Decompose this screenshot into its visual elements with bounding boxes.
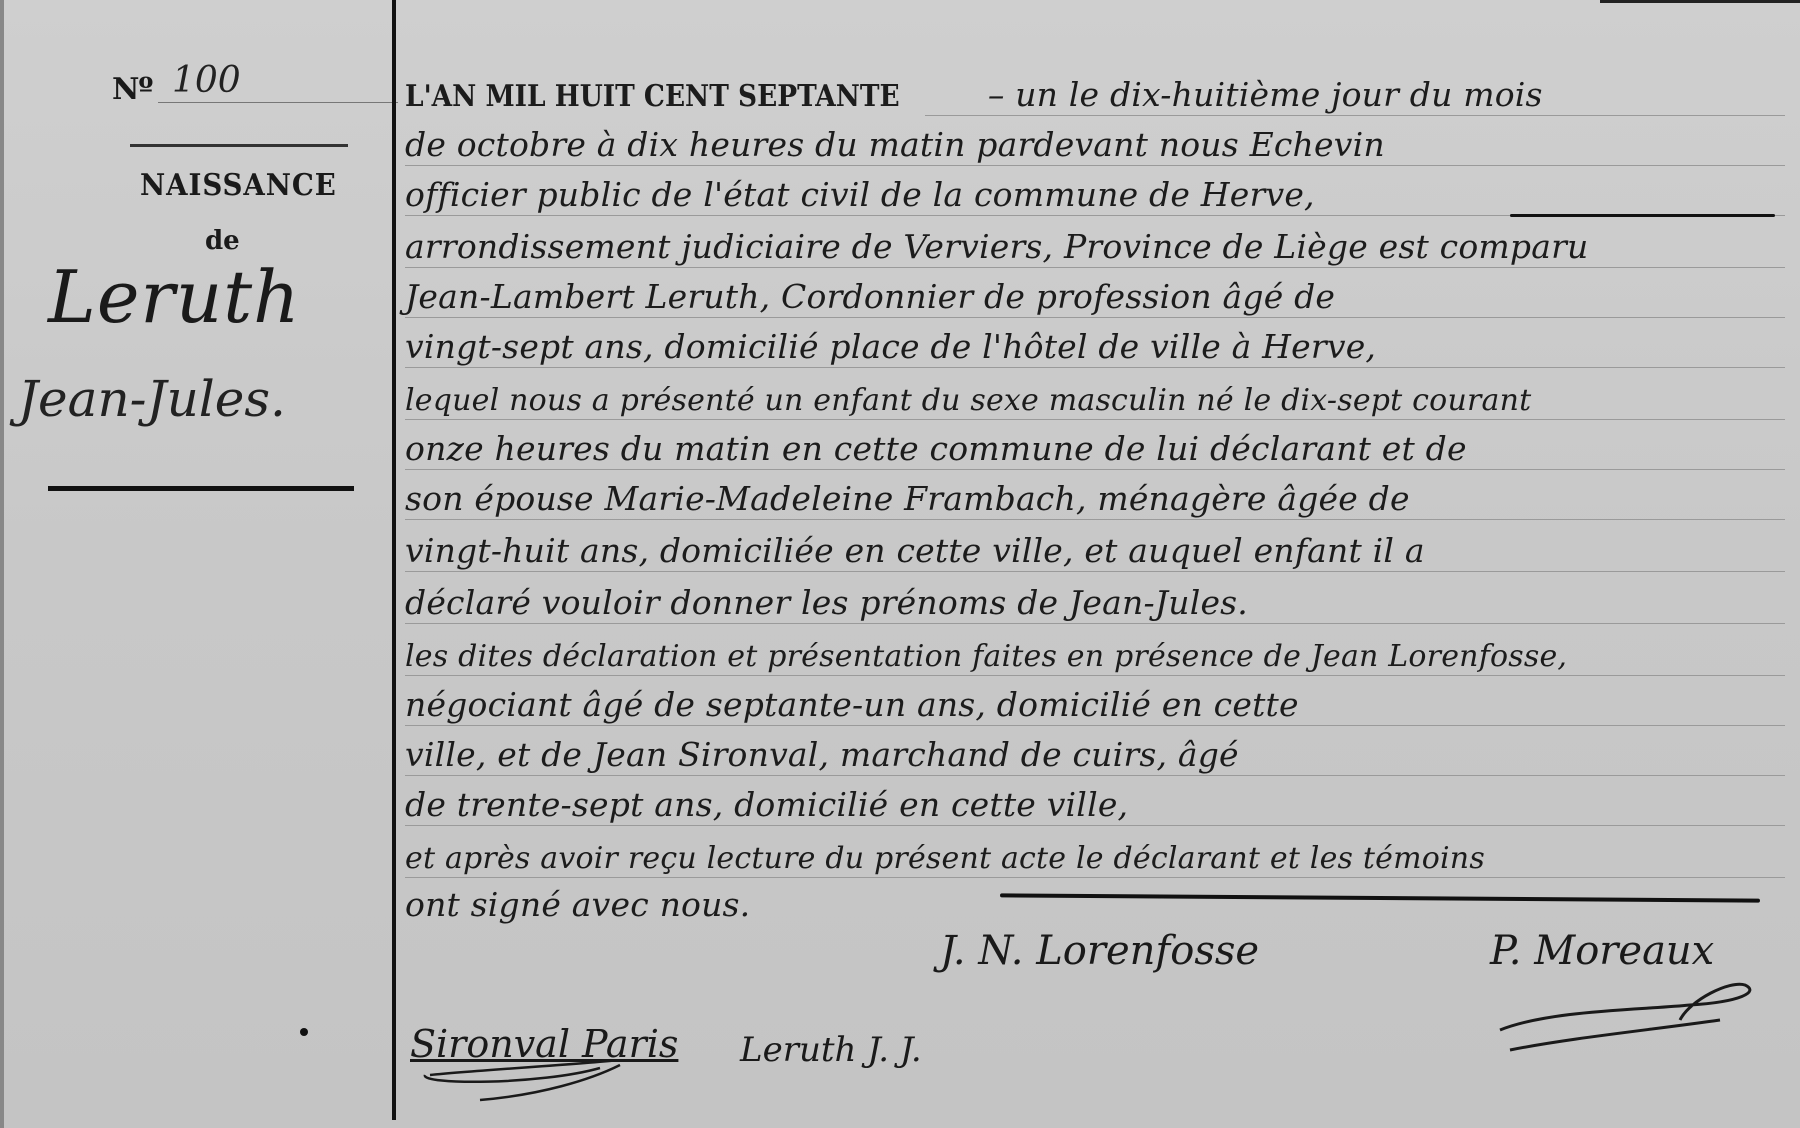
record-number-underline [158, 102, 398, 103]
child-surname: Leruth [48, 255, 301, 339]
record-number: Nº 100 [108, 60, 398, 110]
birth-record-page: Nº 100 NAISSANCE de Leruth Jean-Jules. L… [0, 0, 1800, 1128]
body-line-12: les dites déclaration et présentation fa… [405, 630, 1785, 680]
page-left-edge [0, 0, 4, 1128]
line-6-text: vingt-sept ans, domicilié place de l'hôt… [405, 327, 1376, 366]
ruled-line [405, 825, 1785, 826]
body-line-16: et après avoir reçu lecture du présent a… [405, 832, 1785, 882]
body-line-5: Jean-Lambert Leruth, Cordonnier de profe… [405, 272, 1785, 322]
ruled-line [405, 519, 1785, 520]
line-8-text: onze heures du matin en cette commune de… [405, 429, 1467, 468]
line-4-text: arrondissement judiciaire de Verviers, P… [405, 227, 1589, 266]
body-line-1: L'AN MIL HUIT CENT SEPTANTE – un le dix-… [405, 70, 1785, 120]
record-number-value: 100 [172, 60, 241, 101]
fill-rule [1510, 214, 1775, 217]
record-type-de: de [205, 226, 240, 256]
ruled-line [405, 469, 1785, 470]
line-7-text: lequel nous a présenté un enfant du sexe… [405, 383, 1531, 418]
body-line-17: ont signé avec nous. [405, 880, 1005, 930]
margin-divider [392, 0, 396, 1120]
closing-rule [1000, 893, 1760, 902]
line-14-text: ville, et de Jean Sironval, marchand de … [405, 735, 1239, 774]
body-line-9: son épouse Marie-Madeleine Frambach, mén… [405, 474, 1785, 524]
line-16-text: et après avoir reçu lecture du présent a… [405, 841, 1485, 876]
body-line-11: déclaré vouloir donner les prénoms de Je… [405, 578, 1785, 628]
body-line-4: arrondissement judiciaire de Verviers, P… [405, 222, 1785, 272]
line-11-text: déclaré vouloir donner les prénoms de Je… [405, 583, 1248, 622]
line-15-text: de trente-sept ans, domicilié en cette v… [405, 785, 1128, 824]
sironval-flourish-icon [420, 1060, 640, 1120]
ruled-line [405, 419, 1785, 420]
child-given-names: Jean-Jules. [18, 370, 286, 428]
ruled-line [405, 571, 1785, 572]
signature-officer-moreaux: P. Moreaux [1490, 928, 1714, 974]
line-9-text: son épouse Marie-Madeleine Frambach, mén… [405, 479, 1410, 518]
ruled-line [405, 675, 1785, 676]
ruled-line [405, 877, 1785, 878]
ruled-line [405, 317, 1785, 318]
line-10-text: vingt-huit ans, domiciliée en cette vill… [405, 531, 1425, 570]
line-3-text: officier public de l'état civil de la co… [405, 175, 1315, 214]
body-line-13: négociant âgé de septante-un ans, domici… [405, 680, 1785, 730]
ruled-line [405, 775, 1785, 776]
margin-rule-bottom [48, 486, 354, 491]
ruled-line [405, 623, 1785, 624]
officer-flourish-icon [1490, 980, 1770, 1060]
line-17-text: ont signé avec nous. [405, 885, 750, 924]
ruled-line [405, 367, 1785, 368]
line-2-text: de octobre à dix heures du matin pardeva… [405, 125, 1385, 164]
line-13-text: négociant âgé de septante-un ans, domici… [405, 685, 1299, 724]
ruled-line [405, 165, 1785, 166]
margin-rule-top [130, 144, 348, 147]
record-number-label: Nº [112, 72, 152, 107]
body-line-2: de octobre à dix heures du matin pardeva… [405, 120, 1785, 170]
line-1-text: – un le dix-huitième jour du mois [988, 75, 1543, 114]
ruled-line [405, 267, 1785, 268]
body-line-10: vingt-huit ans, domiciliée en cette vill… [405, 526, 1785, 576]
body-line-6: vingt-sept ans, domicilié place de l'hôt… [405, 322, 1785, 372]
ink-dot [300, 1028, 308, 1036]
printed-year-heading: L'AN MIL HUIT CENT SEPTANTE [405, 79, 900, 114]
line-5-text: Jean-Lambert Leruth, Cordonnier de profe… [405, 277, 1335, 316]
signature-witness-lorenfosse: J. N. Lorenfosse [940, 928, 1259, 974]
top-rule [1600, 0, 1800, 3]
record-type-heading: NAISSANCE [140, 168, 337, 203]
body-line-8: onze heures du matin en cette commune de… [405, 424, 1785, 474]
body-line-7: lequel nous a présenté un enfant du sexe… [405, 374, 1785, 424]
signature-declarant-leruth: Leruth J. J. [740, 1030, 922, 1070]
ruled-line [405, 725, 1785, 726]
body-line-14: ville, et de Jean Sironval, marchand de … [405, 730, 1785, 780]
line-12-text: les dites déclaration et présentation fa… [405, 639, 1567, 674]
body-line-text: L'AN MIL HUIT CENT SEPTANTE – un le dix-… [405, 75, 1543, 114]
body-line-15: de trente-sept ans, domicilié en cette v… [405, 780, 1785, 830]
ruled-line [925, 115, 1785, 116]
body-line-3: officier public de l'état civil de la co… [405, 170, 1785, 220]
